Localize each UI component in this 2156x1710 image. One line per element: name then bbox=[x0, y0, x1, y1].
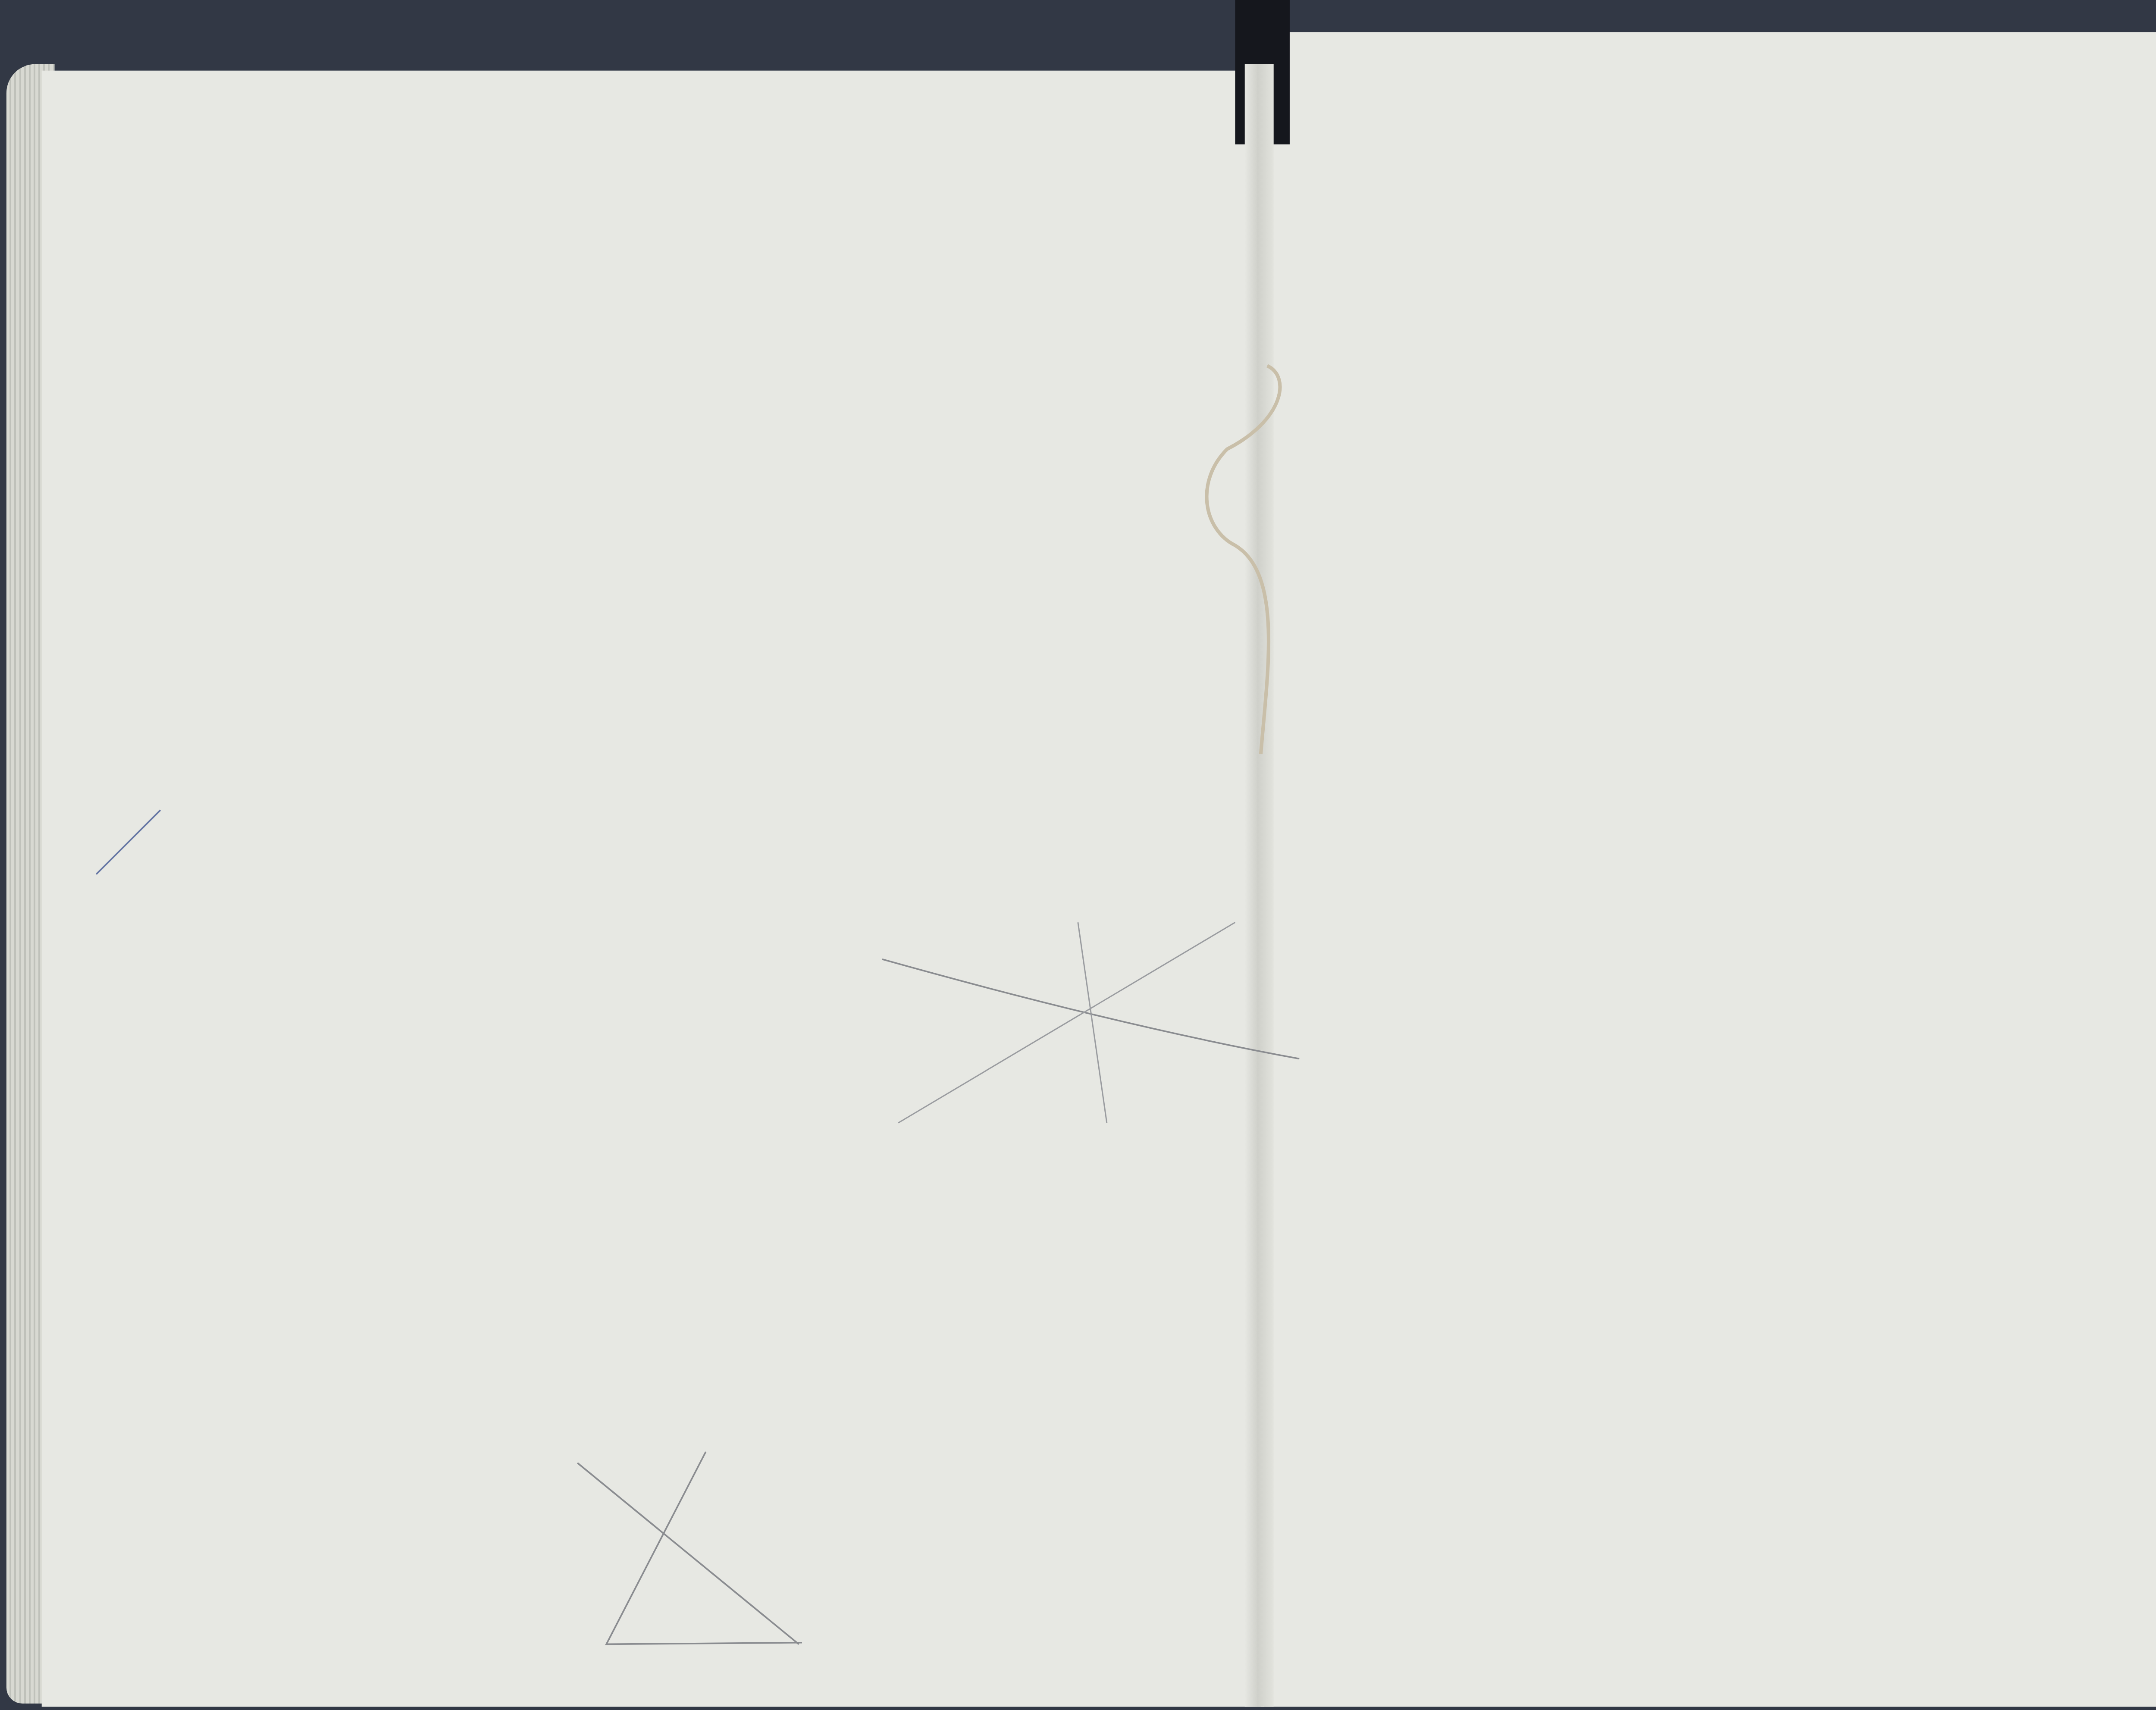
scanned-ledger bbox=[0, 0, 2156, 1710]
cross-out-marks bbox=[0, 0, 2156, 1710]
